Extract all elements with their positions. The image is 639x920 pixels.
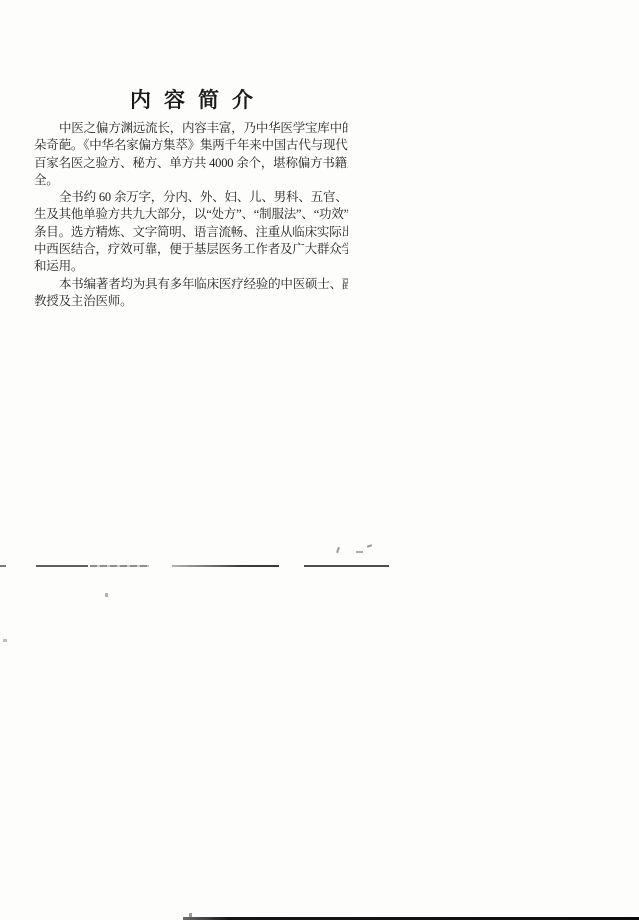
paragraph-1-line-1: 中医之偏方渊远流长，内容丰富，乃中华医学宝库中的一	[34, 120, 348, 137]
scanned-book-page: 内容简介 中医之偏方渊远流长，内容丰富，乃中华医学宝库中的一 朵奇葩。《中华名家…	[0, 0, 639, 920]
paragraph-2-line-1: 全书约 60 余万字，分内、外、妇、儿、男科、五官、皮肤、养	[34, 189, 348, 206]
paragraph-2-line-3: 条目。选方精炼、文字简明、语言流畅、注重从临床实际出发，	[34, 224, 348, 241]
scan-artifact-mark	[367, 544, 372, 547]
paragraph-3-line-2: 教授及主治医师。	[34, 293, 348, 310]
paragraph-3-line-1: 本书编著者均为具有多年临床医疗经验的中医硕士、副	[34, 276, 348, 293]
paragraph-1-line-2: 朵奇葩。《中华名家偏方集萃》集两千年来中国古代与现代数	[34, 137, 348, 154]
content-text-block: 中医之偏方渊远流长，内容丰富，乃中华医学宝库中的一 朵奇葩。《中华名家偏方集萃》…	[34, 120, 348, 310]
scan-artifact-speck	[3, 639, 7, 642]
scan-artifact-line-segment	[0, 565, 6, 567]
scan-artifact-mark	[356, 551, 363, 553]
scan-artifact-line-segment	[36, 565, 88, 567]
scan-artifact-speck	[105, 593, 108, 597]
paragraph-2-line-2: 生及其他单验方共九大部分，以“处方”、“制服法”、“功效”为	[34, 206, 348, 223]
scan-artifact-mark	[336, 547, 340, 553]
scan-artifact-speck	[189, 913, 192, 918]
scan-artifact-line-segment	[90, 565, 149, 567]
page-title: 内容简介	[34, 88, 348, 114]
paragraph-1-line-3: 百家名医之验方、秘方、单方共 4000 余个，堪称偏方书籍之大	[34, 155, 348, 172]
paragraph-2-line-5: 和运用。	[34, 258, 348, 275]
paragraph-1-line-4: 全。	[34, 172, 348, 189]
scan-artifact-line-segment	[172, 565, 279, 567]
scan-artifact-line-segment	[304, 565, 389, 567]
paragraph-2-line-4: 中西医结合，疗效可靠，便于基层医务工作者及广大群众学习	[34, 241, 348, 258]
